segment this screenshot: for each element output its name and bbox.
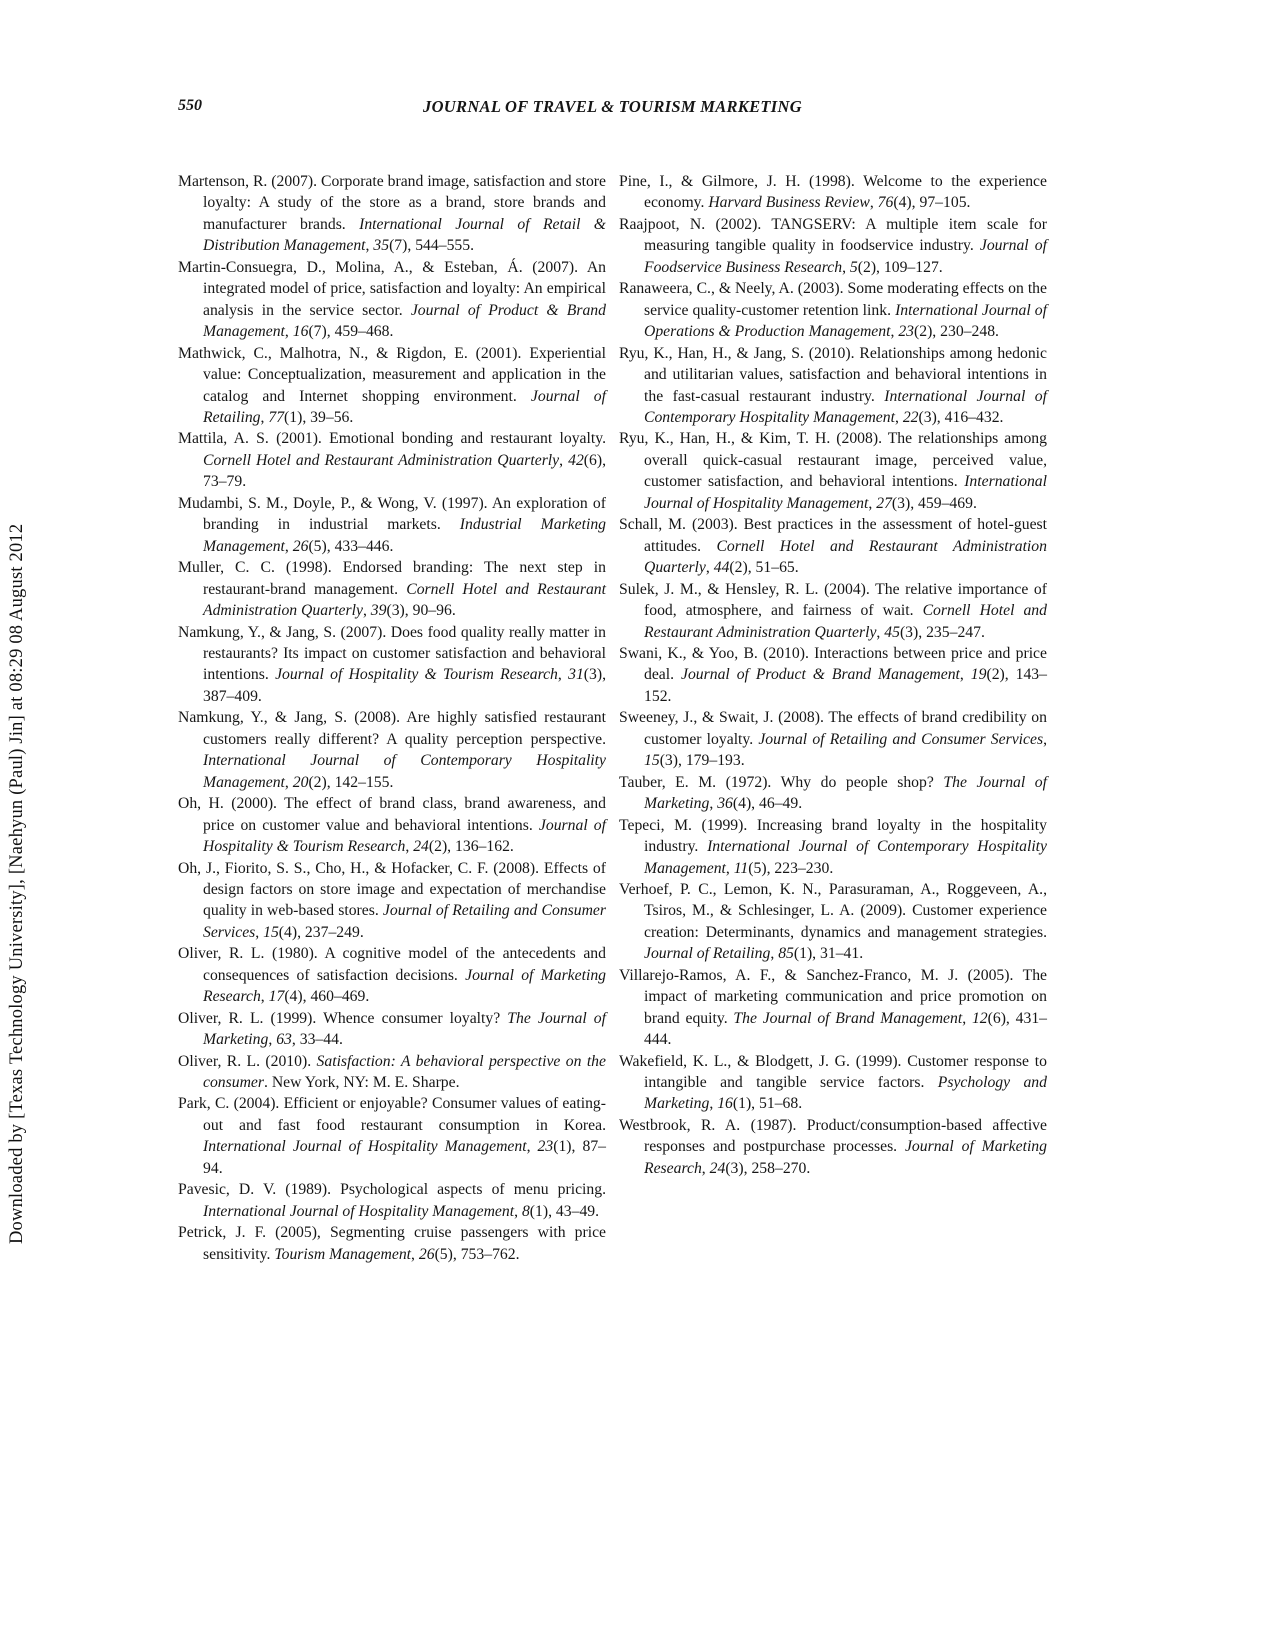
reference-entry: Tauber, E. M. (1972). Why do people shop…	[619, 772, 1047, 815]
reference-entry: Oliver, R. L. (1980). A cognitive model …	[178, 943, 606, 1007]
reference-list: Martenson, R. (2007). Corporate brand im…	[178, 171, 1047, 1265]
reference-entry: Namkung, Y., & Jang, S. (2007). Does foo…	[178, 622, 606, 708]
reference-entry: Ryu, K., Han, H., & Kim, T. H. (2008). T…	[619, 428, 1047, 514]
reference-entry: Schall, M. (2003). Best practices in the…	[619, 514, 1047, 578]
reference-entry: Oh, H. (2000). The effect of brand class…	[178, 793, 606, 857]
reference-entry: Ryu, K., Han, H., & Jang, S. (2010). Rel…	[619, 343, 1047, 429]
reference-entry: Mattila, A. S. (2001). Emotional bonding…	[178, 428, 606, 492]
reference-entry: Mudambi, S. M., Doyle, P., & Wong, V. (1…	[178, 493, 606, 557]
reference-entry: Oliver, R. L. (1999). Whence consumer lo…	[178, 1008, 606, 1051]
reference-entry: Petrick, J. F. (2005), Segmenting cruise…	[178, 1222, 606, 1265]
reference-entry: Villarejo-Ramos, A. F., & Sanchez-Franco…	[619, 965, 1047, 1051]
reference-entry: Wakefield, K. L., & Blodgett, J. G. (199…	[619, 1051, 1047, 1115]
reference-entry: Muller, C. C. (1998). Endorsed branding:…	[178, 557, 606, 621]
reference-entry: Westbrook, R. A. (1987). Product/consump…	[619, 1115, 1047, 1179]
references-column-left: Martenson, R. (2007). Corporate brand im…	[178, 171, 606, 1265]
page-number: 550	[178, 97, 202, 115]
reference-entry: Sweeney, J., & Swait, J. (2008). The eff…	[619, 707, 1047, 771]
reference-entry: Namkung, Y., & Jang, S. (2008). Are high…	[178, 707, 606, 793]
reference-entry: Oliver, R. L. (2010). Satisfaction: A be…	[178, 1051, 606, 1094]
reference-entry: Park, C. (2004). Efficient or enjoyable?…	[178, 1093, 606, 1179]
reference-entry: Tepeci, M. (1999). Increasing brand loya…	[619, 815, 1047, 879]
page-header: 550 JOURNAL OF TRAVEL & TOURISM MARKETIN…	[178, 97, 1047, 123]
download-provenance-watermark: Downloaded by [Texas Technology Universi…	[7, 524, 28, 1244]
reference-entry: Verhoef, P. C., Lemon, K. N., Parasurama…	[619, 879, 1047, 965]
reference-entry: Oh, J., Fiorito, S. S., Cho, H., & Hofac…	[178, 858, 606, 944]
reference-entry: Sulek, J. M., & Hensley, R. L. (2004). T…	[619, 579, 1047, 643]
reference-entry: Pine, I., & Gilmore, J. H. (1998). Welco…	[619, 171, 1047, 214]
reference-entry: Pavesic, D. V. (1989). Psychological asp…	[178, 1179, 606, 1222]
reference-entry: Ranaweera, C., & Neely, A. (2003). Some …	[619, 278, 1047, 342]
reference-entry: Raajpoot, N. (2002). TANGSERV: A multipl…	[619, 214, 1047, 278]
reference-entry: Martenson, R. (2007). Corporate brand im…	[178, 171, 606, 257]
reference-entry: Martin-Consuegra, D., Molina, A., & Este…	[178, 257, 606, 343]
journal-running-title: JOURNAL OF TRAVEL & TOURISM MARKETING	[178, 97, 1047, 117]
references-column-right: Pine, I., & Gilmore, J. H. (1998). Welco…	[619, 171, 1047, 1265]
reference-entry: Mathwick, C., Malhotra, N., & Rigdon, E.…	[178, 343, 606, 429]
journal-page: { "header": { "page_number": "550", "jou…	[0, 0, 1275, 1651]
reference-entry: Swani, K., & Yoo, B. (2010). Interaction…	[619, 643, 1047, 707]
